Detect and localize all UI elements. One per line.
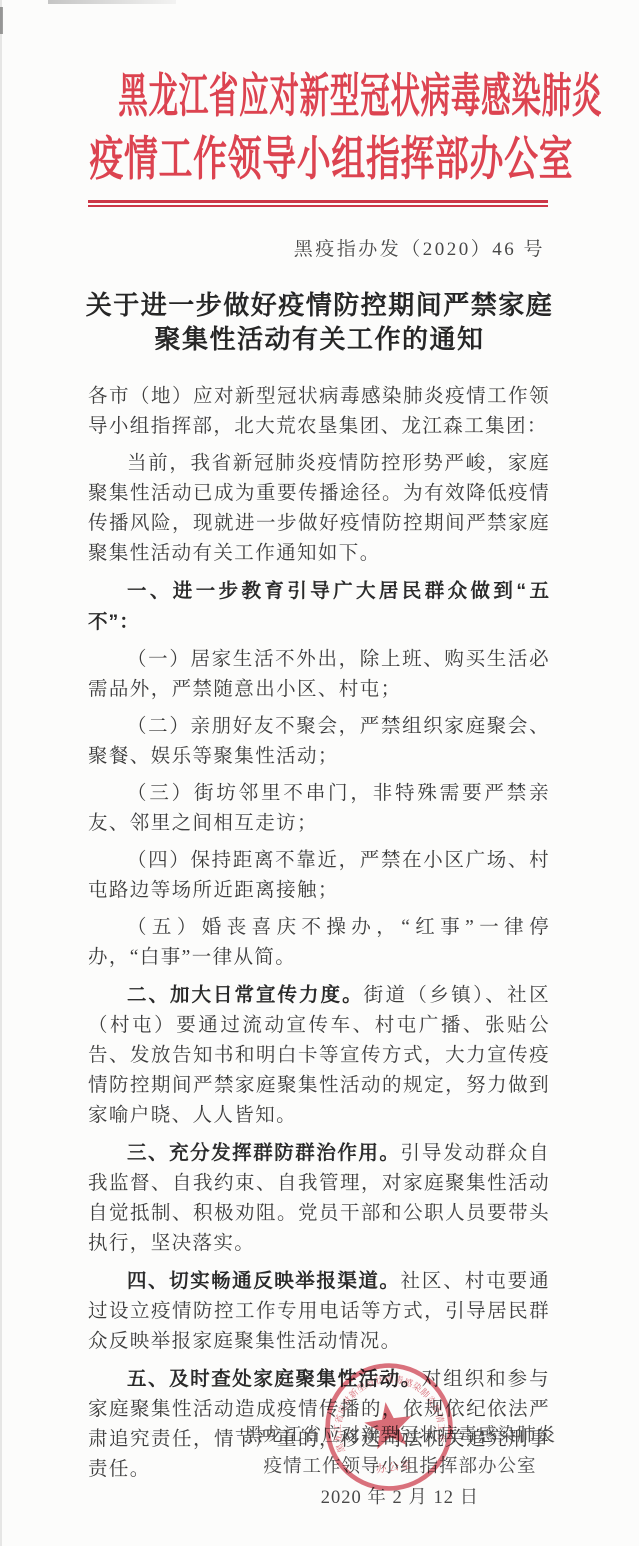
section-2-text: 街道（乡镇）、社区（村屯）要通过流动宣传车、村屯广播、张贴公告、发放告知书和明白… [88,985,550,1126]
section-2-paragraph: 二、加大日常宣传力度。街道（乡镇）、社区（村屯）要通过流动宣传车、村屯广播、张贴… [88,980,550,1131]
section-3-lead: 三、充分发挥群防群治作用。 [127,1142,400,1164]
list-item-3: （三）街坊邻里不串门，非特殊需要严禁亲友、邻里之间相互走访； [88,779,550,839]
section-4-lead: 四、切实畅通反映举报渠道。 [127,1270,400,1292]
section-1-heading: 一、进一步教育引导广大居民群众做到“五不”： [88,576,550,638]
section-3-paragraph: 三、充分发挥群防群治作用。引导发动群众自我监督、自我约束、自我管理，对家庭聚集性… [88,1138,550,1259]
document-title: 关于进一步做好疫情防控期间严禁家庭 聚集性活动有关工作的通知 [0,289,639,357]
list-item-5: （五）婚丧喜庆不操办，“红事”一律停办，“白事”一律从简。 [88,913,550,973]
section-2-lead: 二、加大日常宣传力度。 [127,984,364,1006]
section-1-lead: 一、进一步教育引导广大居民群众做到“五不”： [88,580,550,633]
scan-smudge-artifact [48,0,176,4]
red-separator-rule [88,200,548,207]
letterhead: 黑龙江省应对新型冠状病毒感染肺炎 疫情工作领导小组指挥部办公室 [0,66,639,192]
document-number: 黑疫指办发（2020）46 号 [294,234,545,261]
scan-edge-artifact [0,0,2,1546]
letterhead-line1: 黑龙江省应对新型冠状病毒感染肺炎 [118,66,521,129]
seal-bottom-text: 办公室 [375,1458,414,1476]
document-body: 各市（地）应对新型冠状病毒感染肺炎疫情工作领导小组指挥部，北大荒农垦集团、龙江森… [88,382,550,1492]
letterhead-line2: 疫情工作领导小组指挥部办公室 [89,129,549,192]
list-item-4: （四）保持距离不靠近，严禁在小区广场、村屯路边等场所近距离接触； [88,846,550,906]
document-title-line1: 关于进一步做好疫情防控期间严禁家庭 [0,289,639,323]
document-title-line2: 聚集性活动有关工作的通知 [0,323,639,357]
list-item-2: （二）亲朋好友不聚会，严禁组织家庭聚会、聚餐、娱乐等聚集性活动； [88,712,550,772]
salutation: 各市（地）应对新型冠状病毒感染肺炎疫情工作领导小组指挥部，北大荒农垦集团、龙江森… [88,382,550,442]
star-icon [362,1399,415,1451]
document-page: 黑龙江省应对新型冠状病毒感染肺炎 疫情工作领导小组指挥部办公室 黑疫指办发（20… [0,0,639,1546]
section-4-paragraph: 四、切实畅通反映举报渠道。社区、村屯要通过设立疫情防控工作专用电话等方式，引导居… [88,1266,550,1357]
official-seal: 黑龙江省应对新型冠状病毒感染肺炎疫情工作领导小组指挥部 办公室 [323,1361,455,1493]
scan-mark-artifact [0,7,3,34]
list-item-1: （一）居家生活不外出，除上班、购买生活必需品外，严禁随意出小区、村屯； [88,645,550,705]
intro-paragraph: 当前，我省新冠肺炎疫情防控形势严峻，家庭聚集性活动已成为重要传播途径。为有效降低… [88,449,550,569]
